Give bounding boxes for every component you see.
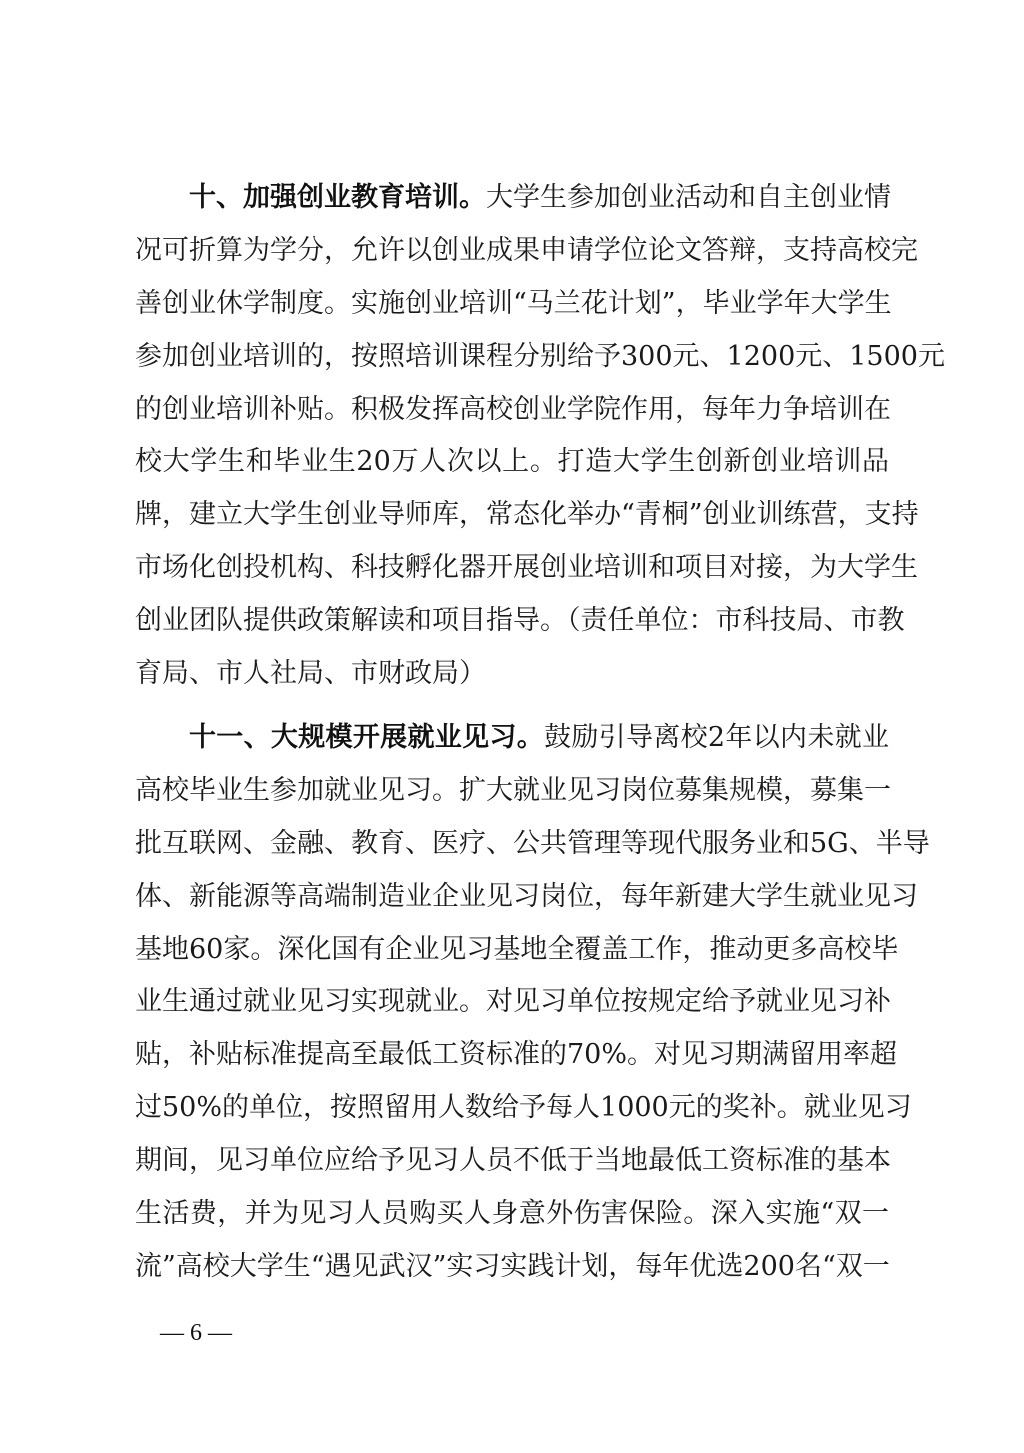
page-number: — 6 — [160,1318,232,1348]
section-10-heading: 十、加强创业教育培训。 [189,182,486,213]
paragraph-line: 流”高校大学生“遇见武汉”实习实践计划，每年优选200名“双一 [135,1247,889,1287]
paragraph-line: 市场化创投机构、科技孵化器开展创业培训和项目对接，为大学生 [135,548,889,588]
section-11-line-1: 十一、大规模开展就业见习。鼓励引导离校2年以内未就业 [189,718,889,758]
paragraph-line: 生活费，并为见习人员购买人身意外伤害保险。深入实施“双一 [135,1194,889,1234]
paragraph-line: 牌，建立大学生创业导师库，常态化举办“青桐”创业训练营，支持 [135,495,889,535]
paragraph-line: 校大学生和毕业生20万人次以上。打造大学生创新创业培训品 [135,442,889,482]
paragraph-line: 业生通过就业见习实现就业。对见习单位按规定给予就业见习补 [135,982,889,1022]
paragraph-line: 高校毕业生参加就业见习。扩大就业见习岗位募集规模，募集一 [135,771,889,811]
paragraph-line: 况可折算为学分，允许以创业成果申请学位论文答辩，支持高校完 [135,231,889,271]
document-page: 十、加强创业教育培训。大学生参加创业活动和自主创业情 况可折算为学分，允许以创业… [0,0,1024,1453]
paragraph-line: 过50%的单位，按照留用人数给予每人1000元的奖补。就业见习 [135,1088,889,1128]
paragraph-line: 参加创业培训的，按照培训课程分别给予300元、1200元、1500元 [135,337,889,377]
paragraph-line: 贴，补贴标准提高至最低工资标准的70%。对见习期满留用率超 [135,1035,889,1075]
section-11-heading: 十一、大规模开展就业见习。 [189,722,544,753]
paragraph-line: 批互联网、金融、教育、医疗、公共管理等现代服务业和5G、半导 [135,824,889,864]
paragraph-line: 创业团队提供政策解读和项目指导。（责任单位：市科技局、市教 [135,601,889,641]
paragraph-line: 的创业培训补贴。积极发挥高校创业学院作用，每年力争培训在 [135,390,889,430]
paragraph-line: 育局、市人社局、市财政局） [135,654,889,694]
paragraph-line: 期间，见习单位应给予见习人员不低于当地最低工资标准的基本 [135,1141,889,1181]
section-10-line-1: 十、加强创业教育培训。大学生参加创业活动和自主创业情 [189,178,889,218]
paragraph-line: 体、新能源等高端制造业企业见习岗位，每年新建大学生就业见习 [135,877,889,917]
paragraph-line: 基地60家。深化国有企业见习基地全覆盖工作，推动更多高校毕 [135,930,889,970]
paragraph-line: 善创业休学制度。实施创业培训“马兰花计划”，毕业学年大学生 [135,284,889,324]
